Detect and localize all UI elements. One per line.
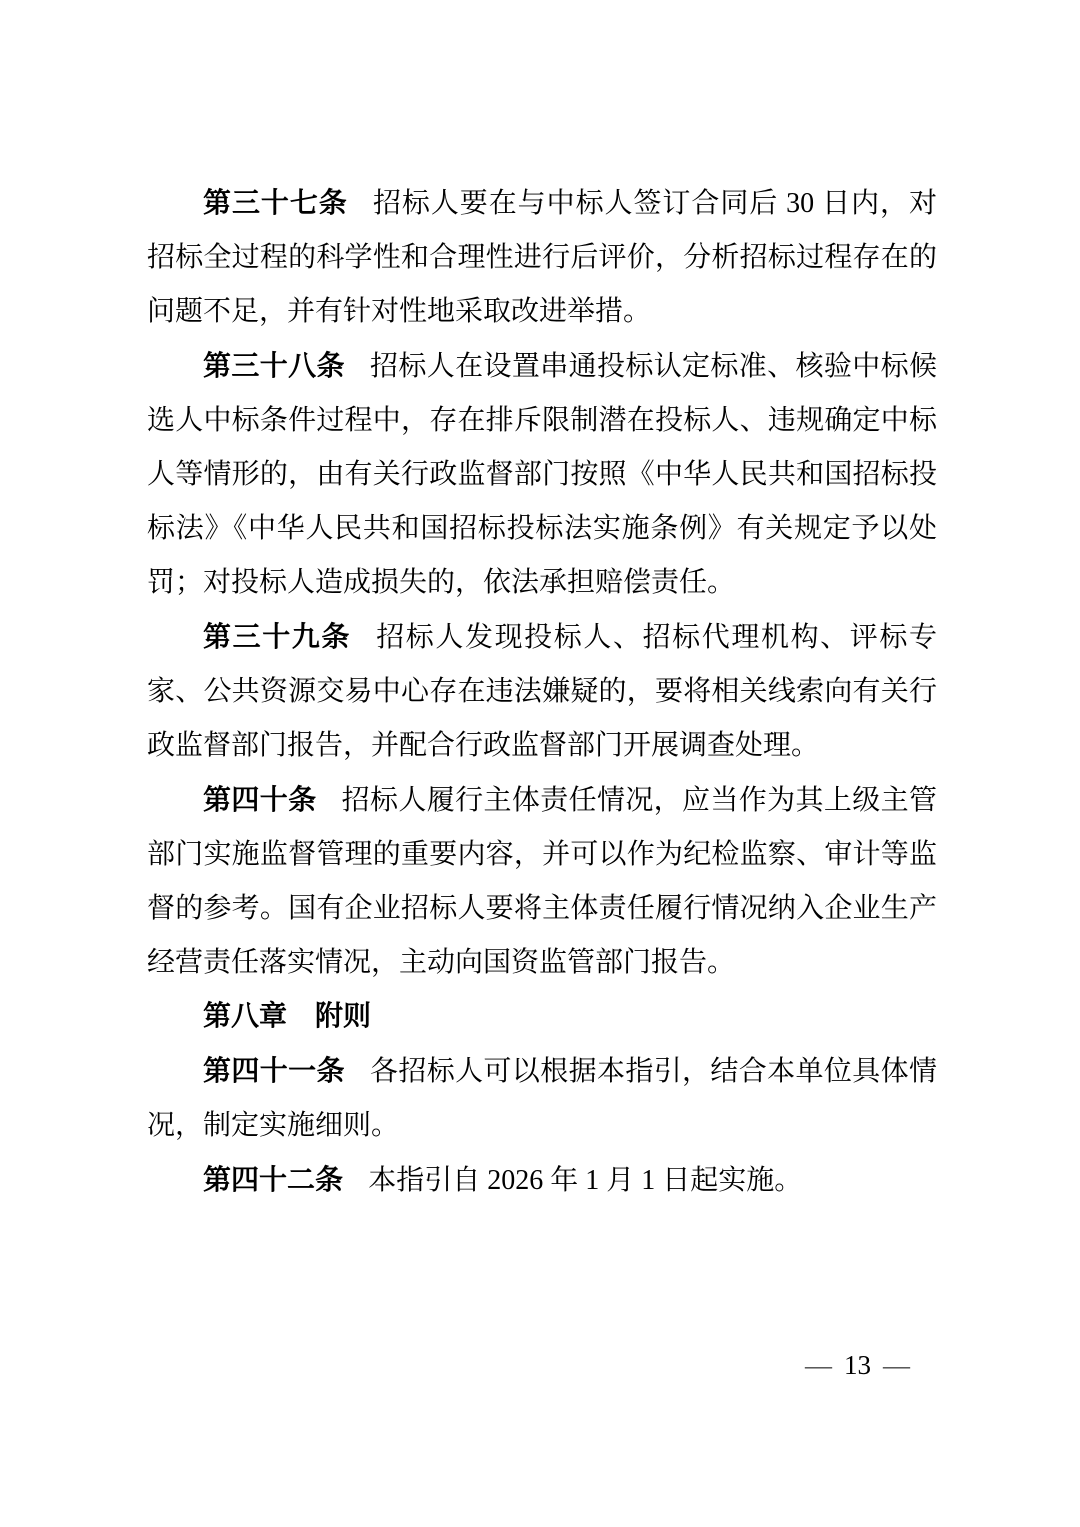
article-37: 第三十七条招标人要在与中标人签订合同后 30 日内，对招标全过程的科学性和合理性… [147, 176, 937, 339]
document-page: 第三十七条招标人要在与中标人签订合同后 30 日内，对招标全过程的科学性和合理性… [0, 0, 1080, 1527]
footer-right-dash: — [883, 1350, 910, 1380]
article-38-text: 招标人在设置串通投标认定标准、核验中标候选人中标条件过程中，存在排斥限制潜在投标… [147, 351, 937, 598]
article-42: 第四十二条本指引自 2026 年 1 月 1 日起实施。 [147, 1153, 937, 1208]
article-40: 第四十条招标人履行主体责任情况，应当作为其上级主管部门实施监督管理的重要内容，并… [147, 773, 937, 990]
document-text-block: 第三十七条招标人要在与中标人签订合同后 30 日内，对招标全过程的科学性和合理性… [147, 176, 937, 1208]
article-39-number: 第三十九条 [203, 621, 351, 652]
article-41: 第四十一条各招标人可以根据本指引，结合本单位具体情况，制定实施细则。 [147, 1044, 937, 1153]
article-42-number: 第四十二条 [203, 1164, 343, 1195]
page-number-footer: —13— [793, 1352, 922, 1379]
article-38-number: 第三十八条 [203, 350, 345, 381]
article-42-text: 本指引自 2026 年 1 月 1 日起实施。 [368, 1165, 802, 1196]
article-39: 第三十九条招标人发现投标人、招标代理机构、评标专家、公共资源交易中心存在违法嫌疑… [147, 610, 937, 773]
article-37-number: 第三十七条 [203, 187, 348, 218]
article-40-number: 第四十条 [203, 784, 316, 815]
article-38: 第三十八条招标人在设置串通投标认定标准、核验中标候选人中标条件过程中，存在排斥限… [147, 339, 937, 610]
page-number: 13 [844, 1350, 871, 1380]
footer-left-dash: — [805, 1350, 832, 1380]
article-41-number: 第四十一条 [203, 1055, 345, 1086]
chapter-heading: 第八章 附则 [147, 990, 937, 1044]
